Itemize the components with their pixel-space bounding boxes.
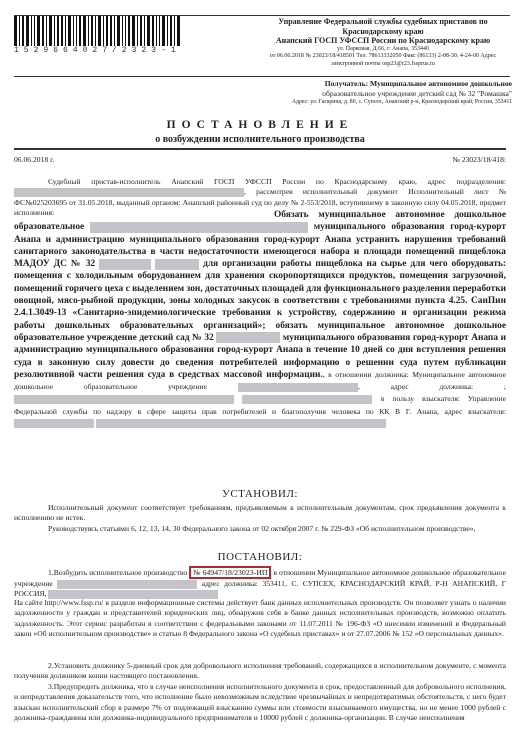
established-text-1: Исполнительный документ соответствует тр… — [14, 503, 506, 522]
fssp-info-text: На сайте http://www.fssp.ru/ в разделе и… — [14, 598, 506, 638]
established-heading: УСТАНОВИЛ: — [0, 488, 520, 500]
established-paragraph-1: Исполнительный документ соответствует тр… — [14, 503, 506, 524]
barcode — [14, 16, 210, 46]
resolved-item-3: 3.Предупредить должника, что в случае не… — [14, 682, 506, 723]
top-rule — [14, 15, 510, 16]
agency-header: Управление Федеральной службы судебных п… — [258, 17, 508, 68]
barcode-number: 1529664027/2323-1 — [14, 46, 214, 55]
redaction — [99, 259, 151, 270]
document-title: ПОСТАНОВЛЕНИЕ — [0, 119, 520, 131]
agency-division: Анапский ГОСП УФССП России по Краснодарс… — [258, 36, 508, 46]
resolved-heading: ПОСТАНОВИЛ: — [0, 551, 520, 563]
item2-text: 2.Установить должнику 5-дневный срок для… — [14, 661, 506, 680]
recipient-block: Получатель: Муниципальное автономное дош… — [250, 79, 512, 108]
document-number: № 23023/18/418: — [453, 155, 506, 164]
resolved-item-1: 1.Возбудить исполнительное производство … — [14, 566, 506, 600]
redaction — [90, 222, 308, 233]
redaction — [216, 332, 280, 343]
subject-paragraph: Обязать муниципальное автономное дошколь… — [14, 209, 506, 430]
recipient-address: Адрес: ул. Гагарина, д. 80, с. Супсех, А… — [250, 98, 512, 108]
redaction — [238, 383, 358, 392]
fssp-info-paragraph: На сайте http://www.fssp.ru/ в разделе и… — [14, 598, 506, 639]
recipient-line-1: Получатель: Муниципальное автономное дош… — [250, 79, 512, 89]
recipient-line-2: образовательное учреждение детский сад №… — [250, 89, 512, 99]
agency-name-1: Управление Федеральной службы судебных п… — [258, 17, 508, 27]
redaction — [96, 419, 386, 428]
agency-name-2: Краснодарскому краю — [258, 27, 508, 37]
established-text-2: Руководствуясь статьями 6, 12, 13, 14, 3… — [48, 524, 475, 533]
redaction — [57, 580, 197, 589]
resolved-item-2: 2.Установить должнику 5-дневный срок для… — [14, 661, 506, 682]
redaction — [14, 419, 94, 428]
item1-text-a: 1.Возбудить исполнительное производство — [48, 568, 187, 577]
redaction — [242, 395, 372, 404]
agency-contacts: от 06.06.2018 № 23023/18/418501 Тел. 786… — [258, 53, 508, 68]
item3-text: 3.Предупредить должника, что в случае не… — [14, 682, 506, 722]
header-rule — [14, 76, 510, 77]
redaction — [14, 188, 244, 197]
document-date: 06.06.2018 г. — [14, 155, 54, 164]
subject-text-f: , адрес должника: ; — [358, 382, 506, 391]
title-rule — [14, 148, 506, 150]
ip-number-highlight: № 64947/18/23023-ИП — [189, 566, 271, 579]
established-paragraph-2: Руководствуясь статьями 6, 12, 13, 14, 3… — [14, 524, 506, 534]
document-subtitle: о возбуждении исполнительного производст… — [0, 134, 520, 145]
subject-text-c: для организации работы пищеблока на сырь… — [14, 259, 506, 343]
redaction — [14, 395, 234, 404]
redaction — [155, 259, 199, 270]
intro-text-1: Судебный пристав-исполнитель Анапский ГО… — [48, 177, 506, 186]
